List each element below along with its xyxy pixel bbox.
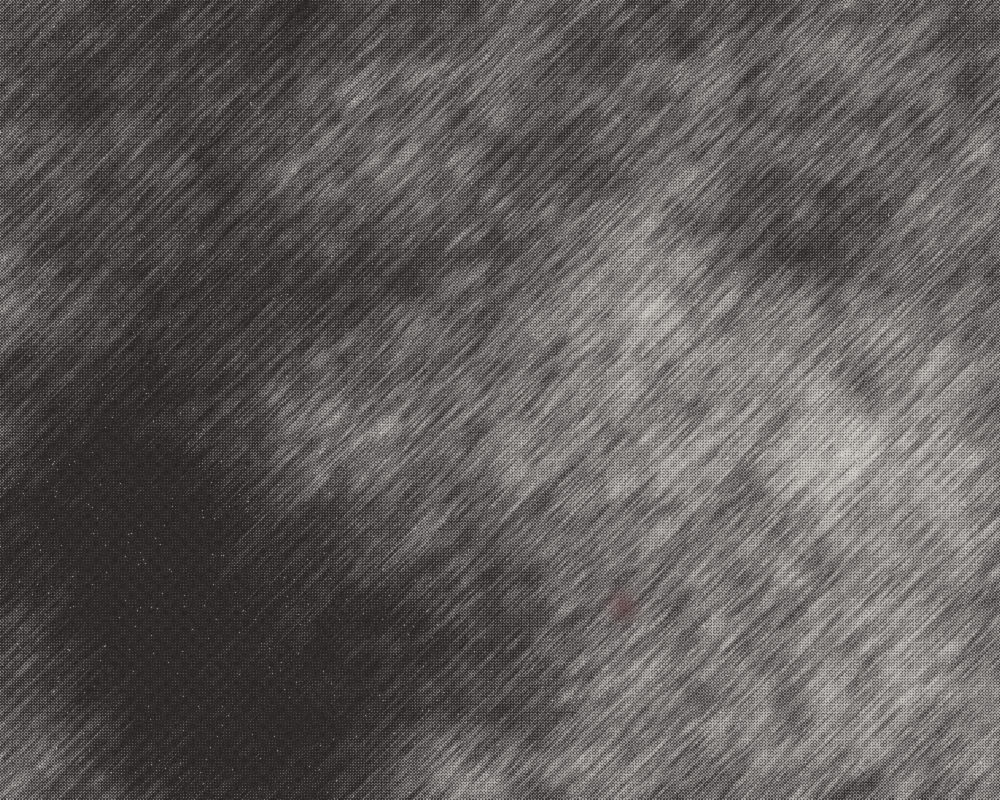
halftone-print-texture xyxy=(0,0,1000,800)
scanned-print-page xyxy=(0,0,1000,800)
